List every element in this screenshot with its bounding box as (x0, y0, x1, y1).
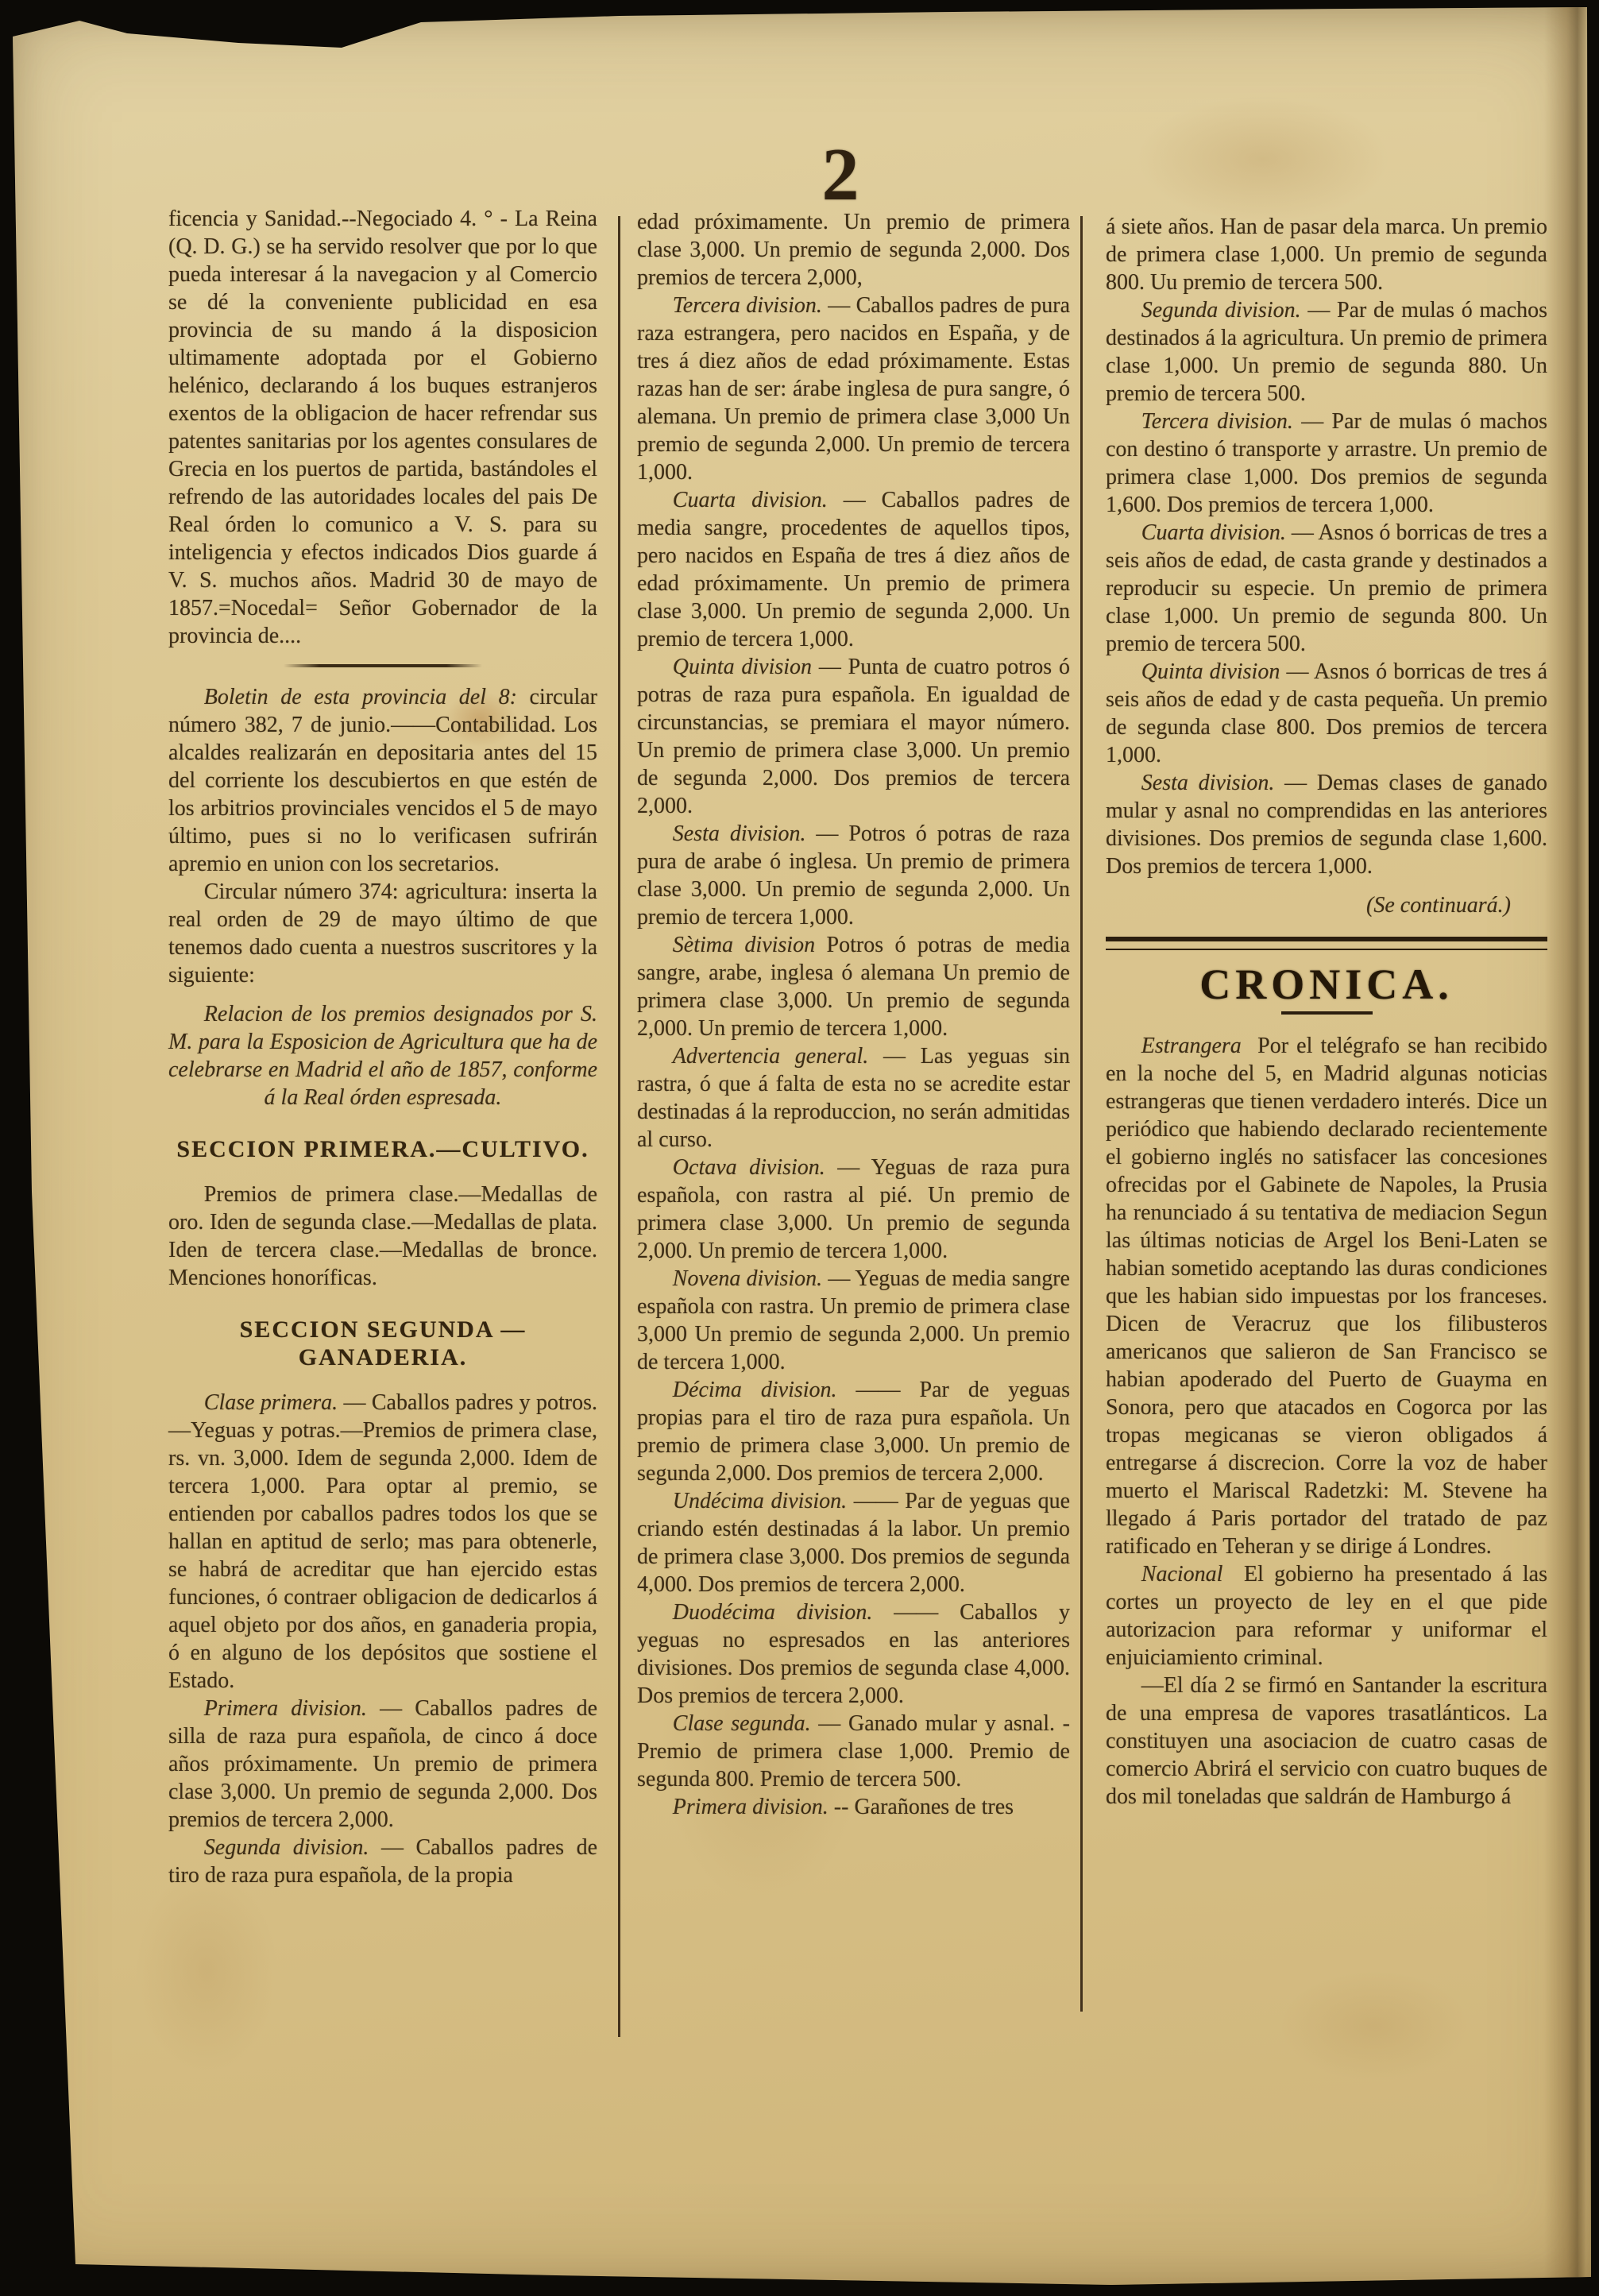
paper-sheet: 2 ficencia y Sanidad.--Negociado 4. ° - … (0, 0, 1599, 2296)
paragraph-relacion: Relacion de los premios designados por S… (168, 1000, 597, 1111)
paragraph-premios: Premios de primera clase.—Medallas de or… (168, 1181, 597, 1292)
heading-cronica: CRONICA. (1106, 971, 1547, 999)
column-2: edad próximamente. Un premio de primera … (637, 208, 1070, 1821)
paragraph-lead: Segunda division. (204, 1835, 369, 1860)
paragraph-royal-order: ficencia y Sanidad.--Negociado 4. ° - La… (168, 205, 597, 650)
column-1: ficencia y Sanidad.--Negociado 4. ° - La… (168, 205, 597, 1889)
section-rule (284, 664, 482, 667)
paragraph-quinta-division: Quinta division — Punta de cuatro potros… (637, 653, 1070, 820)
paragraph-lead: Quinta division (673, 655, 812, 679)
paragraph-lead: Estrangera (1141, 1034, 1242, 1058)
paragraph-cuarta-division-asnos: Cuarta division. — Asnos ó borricas de t… (1106, 519, 1547, 658)
heading-seccion-primera: SECCION PRIMERA.—CULTIVO. (168, 1135, 597, 1163)
paragraph-clase-primera: Clase primera. — Caballos padres y potro… (168, 1389, 597, 1695)
heading-seccion-segunda: SECCION SEGUNDA —GANADERIA. (168, 1316, 597, 1371)
paragraph-text: — Caballos padres y potros.—Yeguas y pot… (168, 1390, 597, 1693)
paragraph-lead: Cuarta division. (673, 488, 828, 512)
column-3: á siete años. Han de pasar dela marca. U… (1106, 213, 1547, 1811)
paragraph-tercera-division: Tercera division. — Caballos padres de p… (637, 292, 1070, 486)
paragraph-boletin: Boletin de esta provincia del 8: circula… (168, 683, 597, 878)
paragraph-primera-division-mular: Primera division. -- Garañones de tres (637, 1793, 1070, 1821)
paragraph-nacional: Nacional El gobierno ha presentado á las… (1106, 1560, 1547, 1672)
paragraph-sesta-division-demas: Sesta division. — Demas clases de ganado… (1106, 769, 1547, 880)
paragraph-setima-division: Sètima division Potros ó potras de media… (637, 931, 1070, 1042)
paragraph-text: Por el telégrafo se han recibido en la n… (1106, 1034, 1547, 1559)
heading-underline-rule (1281, 1011, 1373, 1015)
paragraph-tercera-division-mulas: Tercera division. — Par de mulas ó macho… (1106, 408, 1547, 519)
paragraph-lead: Novena division. (673, 1266, 822, 1291)
stain (1136, 95, 1390, 222)
paragraph-sesta-division: Sesta division. — Potros ó potras de raz… (637, 820, 1070, 931)
paragraph-continuation: edad próximamente. Un premio de primera … (637, 208, 1070, 292)
paragraph-lead: Advertencia general. (673, 1044, 869, 1069)
paragraph-lead: Octava division. (673, 1155, 825, 1180)
paragraph-lead: Clase primera. (204, 1390, 338, 1415)
paragraph-lead: Undécima division. (673, 1489, 847, 1513)
paragraph-lead: Sesta division. (1141, 771, 1275, 795)
paragraph-segunda-division-mulas: Segunda division. — Par de mulas ó macho… (1106, 296, 1547, 408)
paragraph-lead: Clase segunda. (673, 1711, 811, 1736)
page-fold-shadow (1544, 0, 1585, 2296)
paragraph-text: circular número 382, 7 de junio.——Contab… (168, 685, 597, 876)
stain (1279, 1970, 1470, 2081)
paragraph-estrangera: Estrangera Por el telégrafo se han recib… (1106, 1032, 1547, 1560)
page-number: 2 (797, 132, 884, 218)
paragraph-novena-division: Novena division. — Yeguas de media sangr… (637, 1265, 1070, 1376)
paragraph-lead: Tercera division. (673, 293, 822, 318)
paragraph-circular: Circular número 374: agricultura: insert… (168, 878, 597, 989)
paragraph-lead: Primera division. (204, 1696, 367, 1721)
paragraph-santander: —El día 2 se firmó en Santander la escri… (1106, 1672, 1547, 1811)
paragraph-lead: Duodécima division. (673, 1600, 873, 1625)
paragraph-continuation: á siete años. Han de pasar dela marca. U… (1106, 213, 1547, 296)
paragraph-primera-division: Primera division. — Caballos padres de s… (168, 1695, 597, 1834)
paragraph-advertencia: Advertencia general. — Las yeguas sin ra… (637, 1042, 1070, 1154)
stain (135, 1867, 278, 2074)
column-divider-left (618, 216, 620, 2037)
paragraph-lead: Tercera division. (1141, 409, 1293, 434)
paragraph-lead: Primera division. (673, 1795, 828, 1819)
paragraph-lead: Sesta division. (673, 821, 806, 846)
paragraph-quinta-division-asnos: Quinta division — Asnos ó borricas de tr… (1106, 658, 1547, 769)
paragraph-cuarta-division: Cuarta division. — Caballos padres de me… (637, 486, 1070, 653)
paragraph-clase-segunda: Clase segunda. — Ganado mular y asnal. -… (637, 1710, 1070, 1793)
paragraph-octava-division: Octava division. — Yeguas de raza pura e… (637, 1154, 1070, 1265)
paragraph-lead: Décima division. (673, 1378, 837, 1402)
paragraph-text: -- Garañones de tres (834, 1795, 1014, 1819)
paragraph-lead: Segunda division. (1141, 298, 1301, 323)
paragraph-lead: Sètima division (673, 933, 815, 957)
paragraph-lead: Cuarta division. (1141, 520, 1286, 545)
paragraph-text: — Caballos padres de pura raza estranger… (637, 293, 1070, 485)
paragraph-undecima-division: Undécima division. —— Par de yeguas que … (637, 1487, 1070, 1598)
paragraph-lead: Boletin de esta provincia del 8: (204, 685, 517, 709)
paragraph-lead: Quinta division (1141, 659, 1280, 684)
section-double-rule (1106, 937, 1547, 950)
paragraph-duodecima-division: Duodécima division. —— Caballos y yeguas… (637, 1598, 1070, 1710)
column-divider-right (1080, 216, 1083, 2012)
paragraph-lead: Nacional (1141, 1562, 1223, 1587)
paragraph-decima-division: Décima division. —— Par de yeguas propia… (637, 1376, 1070, 1487)
paragraph-segunda-division: Segunda division. — Caballos padres de t… (168, 1834, 597, 1889)
continuation-note: (Se continuará.) (1106, 891, 1547, 919)
